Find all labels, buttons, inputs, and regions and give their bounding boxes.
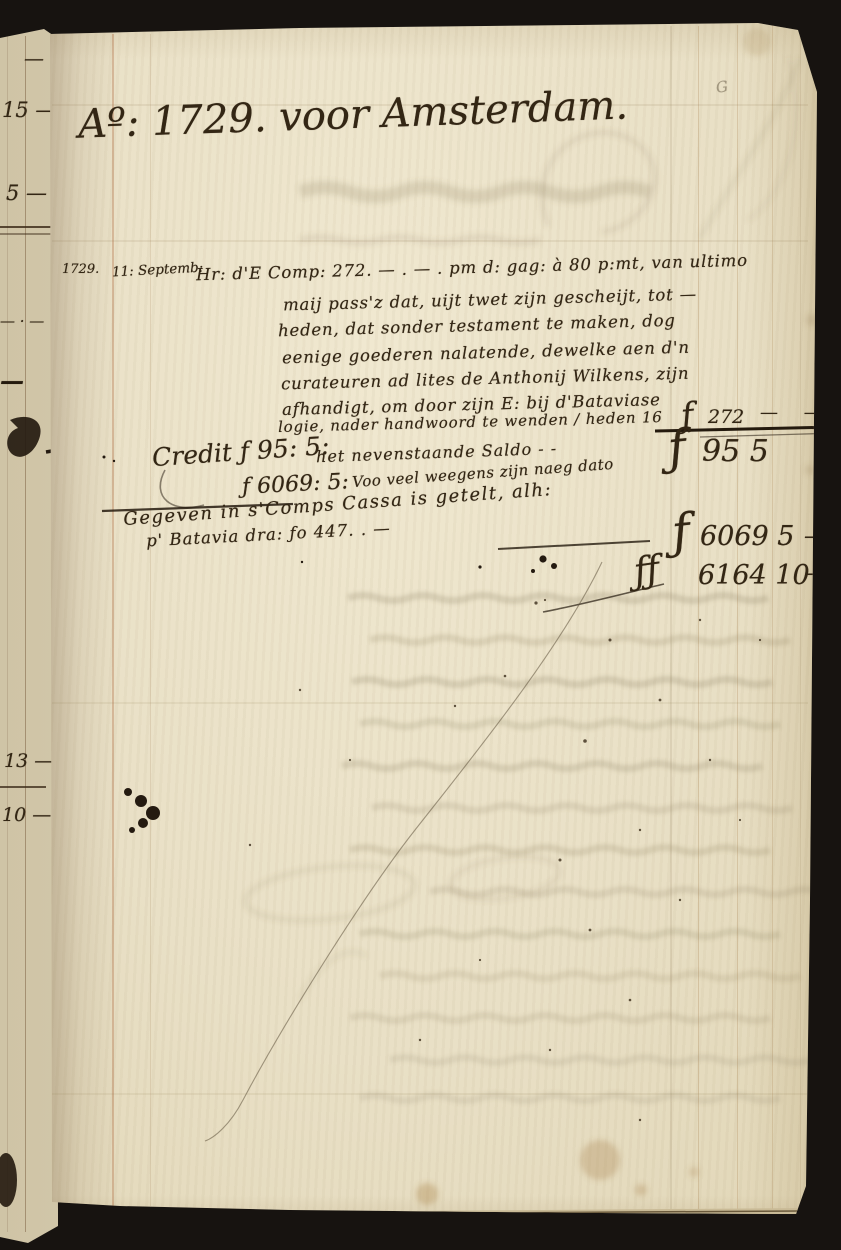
page-stack-edge [292, 1208, 806, 1226]
credit-label: Credit ƒ 95: 5: [151, 431, 330, 472]
entry-line: Hr: d'E Comp: 272. — . — . pm d: gag: à … [196, 251, 748, 284]
entry-line: maij pass'z dat, uijt twet zijn gescheij… [283, 285, 697, 315]
crease-line [670, 26, 672, 1211]
ruled-line [698, 26, 699, 1211]
page-heading: Aº: 1729. voor Amsterdam. [77, 82, 628, 147]
margin-amount: 15 — [2, 98, 56, 122]
ruled-line [772, 25, 773, 1210]
ruled-line [25, 36, 26, 1232]
ink-stroke-layer [0, 0, 841, 1250]
crease-line [52, 702, 808, 704]
entry-line: heden, dat sonder testament te maken, do… [278, 311, 676, 340]
margin-rule [0, 786, 46, 788]
florin-sign: ƒ [669, 503, 693, 561]
bleed-through-layer [0, 0, 841, 1250]
margin-dash: — [0, 366, 24, 395]
ledger-page: G Aº: 1729. voor Amsterdam. 1729. 11: Se… [0, 0, 841, 1250]
amount-saldo: 95 5 [702, 434, 769, 469]
scanned-ledger-page: — 15 — 5 — — · — — 13 — 10 — [0, 0, 841, 1250]
amount-cassa: 6069 5 [700, 521, 794, 552]
margin-amount: 13 — [4, 750, 53, 772]
amount-total: 6164 10 [698, 560, 810, 591]
ruled-line [150, 34, 151, 1206]
entry-line: eenige goederen nalatende, dewelke aen d… [282, 338, 690, 368]
amount-dash: — [806, 561, 828, 586]
margin-amount: 10 — [2, 804, 51, 826]
corner-mark: G [715, 77, 729, 96]
margin-rule [0, 226, 52, 228]
amount-entry: 272 [708, 406, 744, 428]
ruled-line [7, 36, 8, 1232]
entry-date: 11: Septemb: [112, 260, 204, 281]
margin-dash: — [24, 46, 44, 70]
amount-dash: — [804, 524, 826, 549]
entry-year: 1729. [62, 262, 99, 277]
florin-sign-double: ƒƒ [631, 548, 662, 592]
ruled-line [737, 25, 738, 1210]
ruled-line [800, 25, 801, 1210]
entry-line: curateuren ad lites de Anthonij Wilkens,… [281, 364, 690, 394]
margin-rule [0, 233, 57, 235]
scratch-hairline [205, 562, 602, 1141]
crease-line [52, 1093, 808, 1095]
crease-line [52, 240, 808, 242]
amount-dashes: — — [760, 402, 832, 423]
margin-amount: 5 — [6, 181, 47, 205]
ruled-line [112, 34, 114, 1206]
margin-dash: — · — [0, 312, 44, 330]
